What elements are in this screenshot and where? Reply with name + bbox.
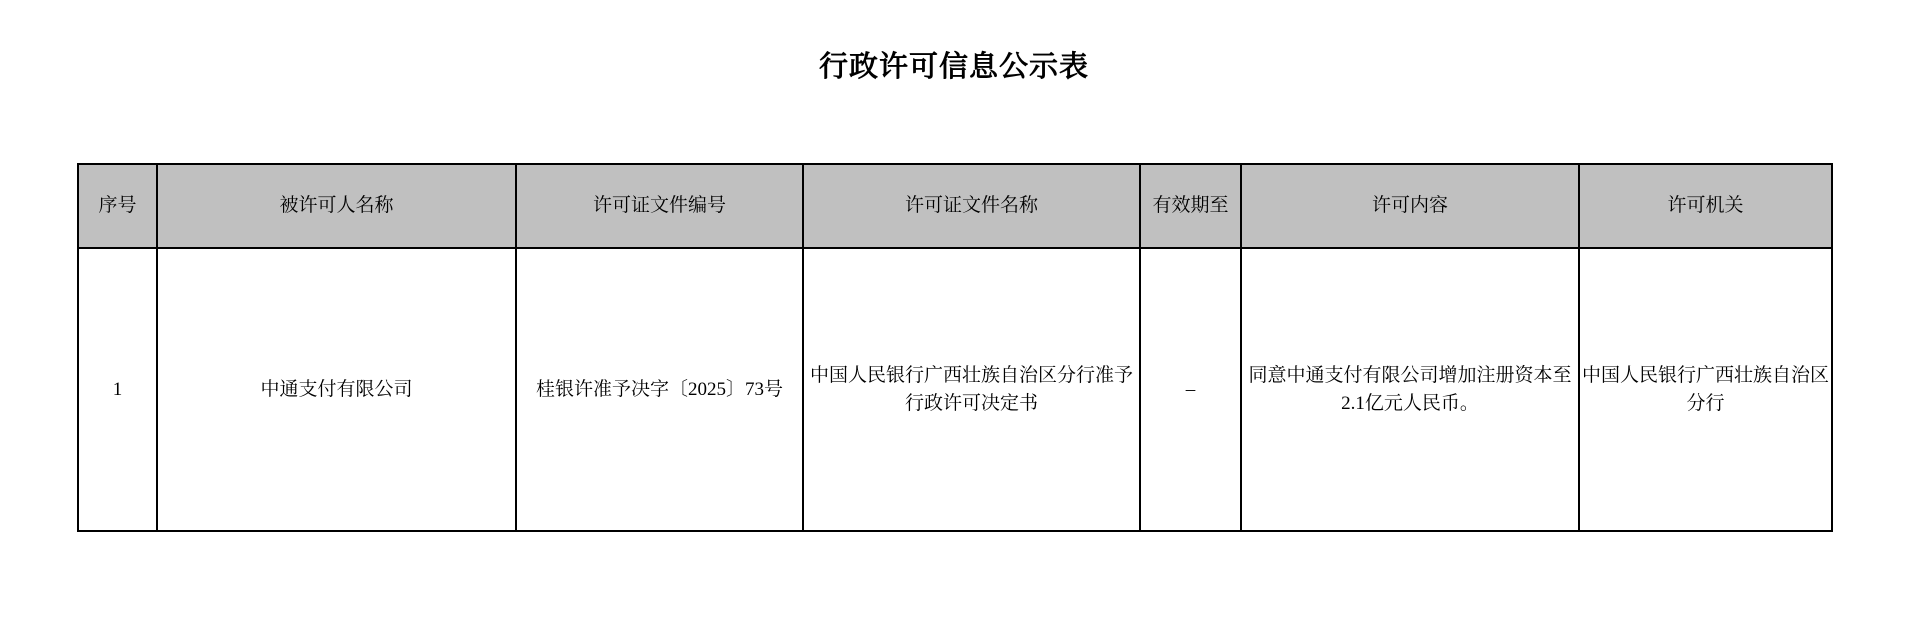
table-row: 1 中通支付有限公司 桂银许准予决字〔2025〕73号 中国人民银行广西壮族自治… (78, 248, 1832, 531)
cell-index: 1 (78, 248, 157, 531)
cell-licensee: 中通支付有限公司 (157, 248, 516, 531)
page-title: 行政许可信息公示表 (77, 52, 1831, 84)
header-cell-doc-name: 许可证文件名称 (803, 164, 1140, 248)
header-cell-doc-number: 许可证文件编号 (516, 164, 803, 248)
header-cell-index: 序号 (78, 164, 157, 248)
license-table: 序号 被许可人名称 许可证文件编号 许可证文件名称 有效期至 许可内容 许可机关… (77, 163, 1833, 532)
header-cell-content: 许可内容 (1241, 164, 1579, 248)
page: 行政许可信息公示表 序号 被许可人名称 许可证文件编号 许可证文件名称 有效期至… (0, 0, 1920, 617)
header-cell-valid-until: 有效期至 (1140, 164, 1241, 248)
cell-valid-until: – (1140, 248, 1241, 531)
cell-doc-number: 桂银许准予决字〔2025〕73号 (516, 248, 803, 531)
header-cell-licensee: 被许可人名称 (157, 164, 516, 248)
header-cell-authority: 许可机关 (1579, 164, 1832, 248)
cell-content: 同意中通支付有限公司增加注册资本至2.1亿元人民币。 (1241, 248, 1579, 531)
table-header-row: 序号 被许可人名称 许可证文件编号 许可证文件名称 有效期至 许可内容 许可机关 (78, 164, 1832, 248)
cell-doc-name: 中国人民银行广西壮族自治区分行准予行政许可决定书 (803, 248, 1140, 531)
cell-authority: 中国人民银行广西壮族自治区分行 (1579, 248, 1832, 531)
